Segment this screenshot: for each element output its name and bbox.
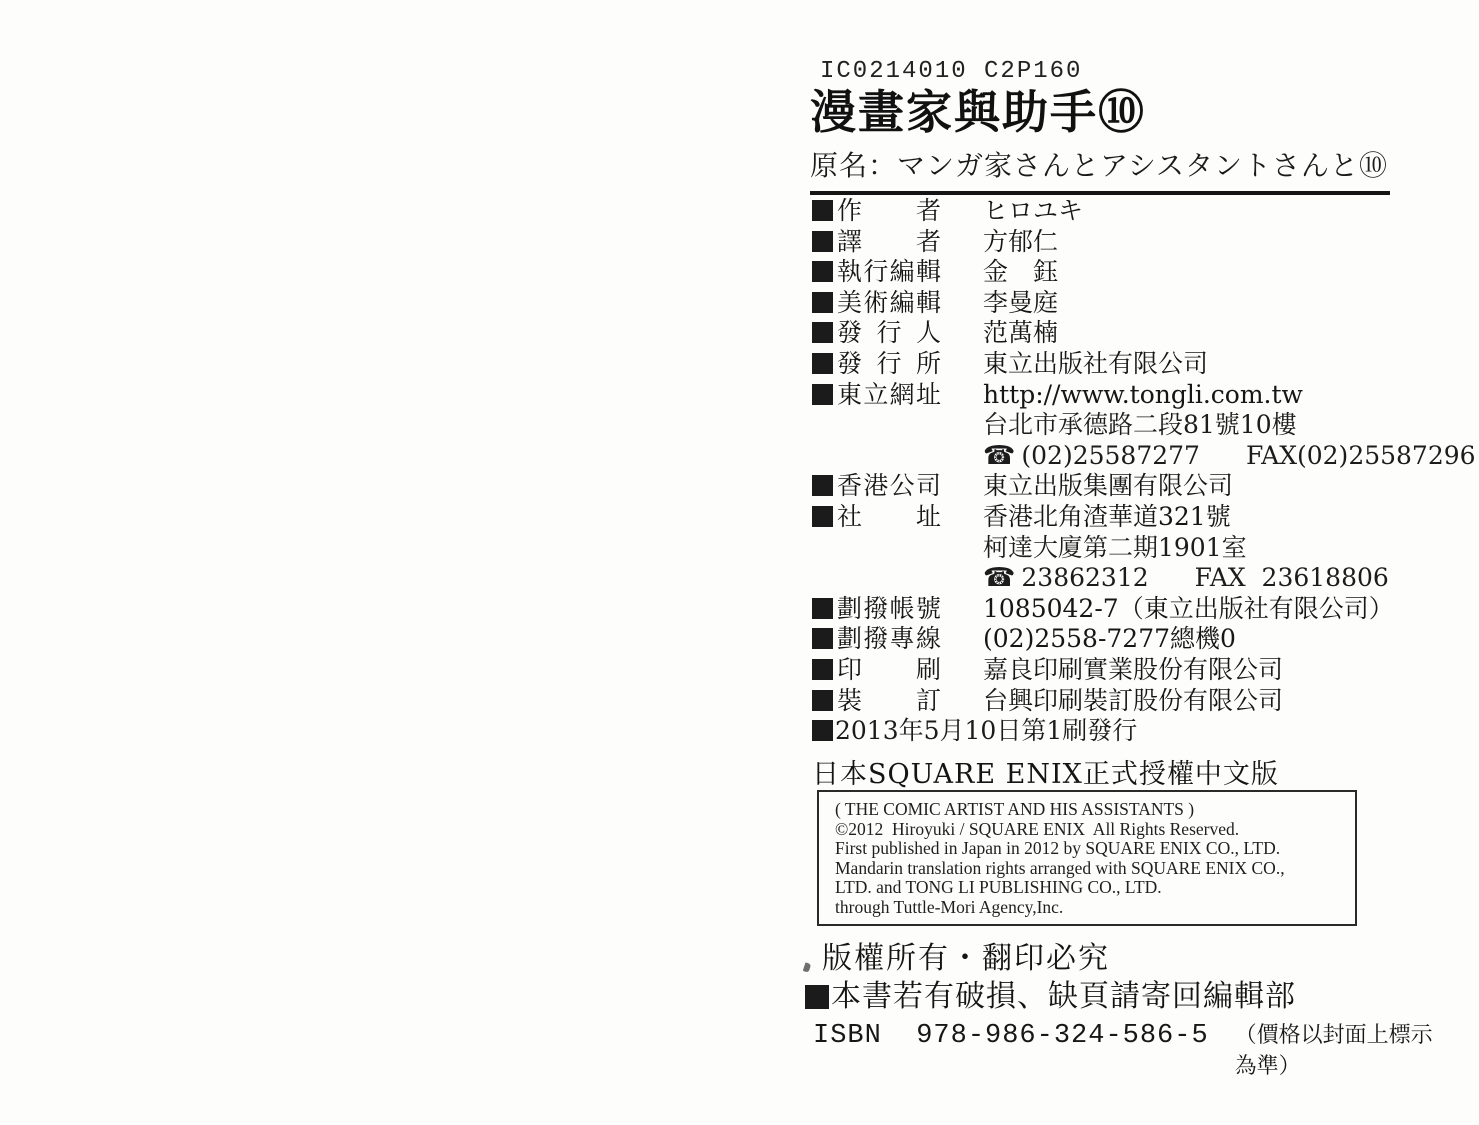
field-label: 劃撥帳號 bbox=[837, 595, 941, 623]
bullet-square-icon bbox=[812, 598, 833, 619]
field-label: 譯者 bbox=[837, 228, 941, 256]
bullet-square-icon bbox=[805, 985, 829, 1009]
credit-row-printer: 印刷 嘉良印刷實業股份有限公司 bbox=[812, 656, 1412, 687]
field-value: 1085042-7（東立出版社有限公司） bbox=[983, 595, 1394, 623]
damage-note-line: 本書若有破損、缺頁請寄回編輯部 bbox=[805, 978, 1445, 1016]
copyright-box-line: First published in Japan in 2012 by SQUA… bbox=[835, 839, 1355, 859]
bullet-square-icon bbox=[812, 506, 833, 527]
taipei-phone-line: ☎ (02)25587277 FAX(02)25587296 bbox=[812, 442, 1412, 473]
field-value: 李曼庭 bbox=[983, 289, 1058, 317]
license-heading: 日本SQUARE ENIX正式授權中文版 bbox=[812, 752, 1279, 791]
field-value: 東立出版社有限公司 bbox=[983, 350, 1208, 378]
credits-list: 作者 ヒロユキ 譯者 方郁仁 執行編輯 金 鈺 美術編輯 李曼庭 發行人 范萬楠… bbox=[812, 197, 1412, 748]
field-label: 作者 bbox=[837, 197, 941, 225]
field-label: 香港公司 bbox=[837, 472, 941, 500]
isbn-line: ISBN 978-986-324-586-5 （價格以封面上標示為準） bbox=[813, 1018, 1445, 1080]
bullet-square-icon bbox=[812, 200, 833, 221]
bullet-square-icon bbox=[812, 628, 833, 649]
scanned-colophon-page: IC0214010 C2P160 漫畫家與助手⑩ 原名：マンガ家さんとアシスタン… bbox=[0, 0, 1479, 1125]
bullet-square-icon bbox=[812, 231, 833, 252]
field-value: 香港北角渣華道321號 bbox=[983, 503, 1231, 531]
footer-block: 版權所有・翻印必究 本書若有破損、缺頁請寄回編輯部 ISBN 978-986-3… bbox=[805, 940, 1445, 1080]
phone-icon: ☎ bbox=[983, 442, 1015, 470]
field-label: 社址 bbox=[837, 503, 941, 531]
credit-row-author: 作者 ヒロユキ bbox=[812, 197, 1412, 228]
field-label: 美術編輯 bbox=[837, 289, 941, 317]
damage-note-text: 本書若有破損、缺頁請寄回編輯部 bbox=[831, 978, 1296, 1016]
bullet-square-icon bbox=[812, 292, 833, 313]
credit-row-postal-account: 劃撥帳號 1085042-7（東立出版社有限公司） bbox=[812, 595, 1412, 626]
hk-address-line2: 柯達大廈第二期1901室 bbox=[812, 534, 1412, 565]
website-url: http://www.tongli.com.tw bbox=[983, 381, 1303, 409]
print-date-text: 2013年5月10日第1刷發行 bbox=[835, 717, 1137, 745]
field-label: 劃撥專線 bbox=[837, 625, 941, 653]
credit-row-website: 東立網址 http://www.tongli.com.tw bbox=[812, 381, 1412, 412]
credit-row-art-editor: 美術編輯 李曼庭 bbox=[812, 289, 1412, 320]
credit-row-translator: 譯者 方郁仁 bbox=[812, 228, 1412, 259]
header-block: IC0214010 C2P160 漫畫家與助手⑩ 原名：マンガ家さんとアシスタン… bbox=[810, 58, 1400, 195]
phone-number: 23862312 bbox=[1021, 564, 1148, 592]
field-value: 嘉良印刷實業股份有限公司 bbox=[983, 656, 1283, 684]
copyright-box-line: ( THE COMIC ARTIST AND HIS ASSISTANTS ) bbox=[835, 800, 1355, 820]
field-label: 發行所 bbox=[837, 350, 941, 378]
credit-row-executive-editor: 執行編輯 金 鈺 bbox=[812, 258, 1412, 289]
bullet-square-icon bbox=[812, 322, 833, 343]
phone-icon: ☎ bbox=[983, 564, 1015, 592]
credit-row-binding: 裝訂 台興印刷裝訂股份有限公司 bbox=[812, 687, 1412, 718]
bullet-square-icon bbox=[812, 720, 833, 741]
price-note: （價格以封面上標示為準） bbox=[1235, 1018, 1445, 1080]
bullet-square-icon bbox=[812, 261, 833, 282]
fax-number: FAX(02)25587296 bbox=[1246, 442, 1476, 470]
field-label: 印刷 bbox=[837, 656, 941, 684]
copyright-box-line: through Tuttle-Mori Agency,Inc. bbox=[835, 898, 1355, 918]
credit-row-publisher-company: 發行所 東立出版社有限公司 bbox=[812, 350, 1412, 381]
isbn-code: ISBN 978-986-324-586-5 bbox=[813, 1021, 1209, 1051]
hk-phone-line: ☎ 23862312 FAX 23618806 bbox=[812, 564, 1412, 595]
field-value: 金 鈺 bbox=[983, 258, 1058, 286]
book-title: 漫畫家與助手⑩ bbox=[810, 87, 1400, 138]
credit-row-hk-address: 社址 香港北角渣華道321號 bbox=[812, 503, 1412, 534]
copyright-box: ( THE COMIC ARTIST AND HIS ASSISTANTS ) … bbox=[817, 790, 1357, 926]
bullet-square-icon bbox=[812, 659, 833, 680]
field-value: 方郁仁 bbox=[983, 228, 1058, 256]
credit-row-publisher-person: 發行人 范萬楠 bbox=[812, 319, 1412, 350]
field-value: ヒロユキ bbox=[983, 197, 1083, 225]
field-value: 東立出版集團有限公司 bbox=[983, 472, 1233, 500]
credit-row-hk-company: 香港公司 東立出版集團有限公司 bbox=[812, 472, 1412, 503]
bullet-square-icon bbox=[812, 384, 833, 405]
credit-row-print-date: 2013年5月10日第1刷發行 bbox=[812, 717, 1412, 748]
phone-number: (02)25587277 bbox=[1021, 442, 1200, 470]
field-label: 裝訂 bbox=[837, 687, 941, 715]
copyright-box-line: LTD. and TONG LI PUBLISHING CO., LTD. bbox=[835, 878, 1355, 898]
copyright-box-line: Mandarin translation rights arranged wit… bbox=[835, 859, 1355, 879]
bullet-square-icon bbox=[812, 690, 833, 711]
copyright-box-line: ©2012 Hiroyuki / SQUARE ENIX All Rights … bbox=[835, 820, 1355, 840]
original-title: 原名：マンガ家さんとアシスタントさんと⑩ bbox=[810, 144, 1400, 184]
field-value: (02)2558-7277總機0 bbox=[983, 625, 1236, 653]
field-value: 台興印刷裝訂股份有限公司 bbox=[983, 687, 1283, 715]
bullet-square-icon bbox=[812, 475, 833, 496]
fax-number: FAX 23618806 bbox=[1195, 564, 1389, 592]
bullet-square-icon bbox=[812, 353, 833, 374]
field-label: 執行編輯 bbox=[837, 258, 941, 286]
field-label: 東立網址 bbox=[837, 381, 941, 409]
catalog-code: IC0214010 C2P160 bbox=[820, 58, 1400, 85]
address-text: 柯達大廈第二期1901室 bbox=[983, 534, 1247, 562]
field-value: 范萬楠 bbox=[983, 319, 1058, 347]
divider-rule bbox=[810, 191, 1390, 195]
taipei-address-line: 台北市承德路二段81號10樓 bbox=[812, 411, 1412, 442]
rights-statement: 版權所有・翻印必究 bbox=[822, 940, 1445, 978]
address-text: 台北市承德路二段81號10樓 bbox=[983, 411, 1297, 439]
credit-row-postal-hotline: 劃撥專線 (02)2558-7277總機0 bbox=[812, 625, 1412, 656]
field-label: 發行人 bbox=[837, 319, 941, 347]
